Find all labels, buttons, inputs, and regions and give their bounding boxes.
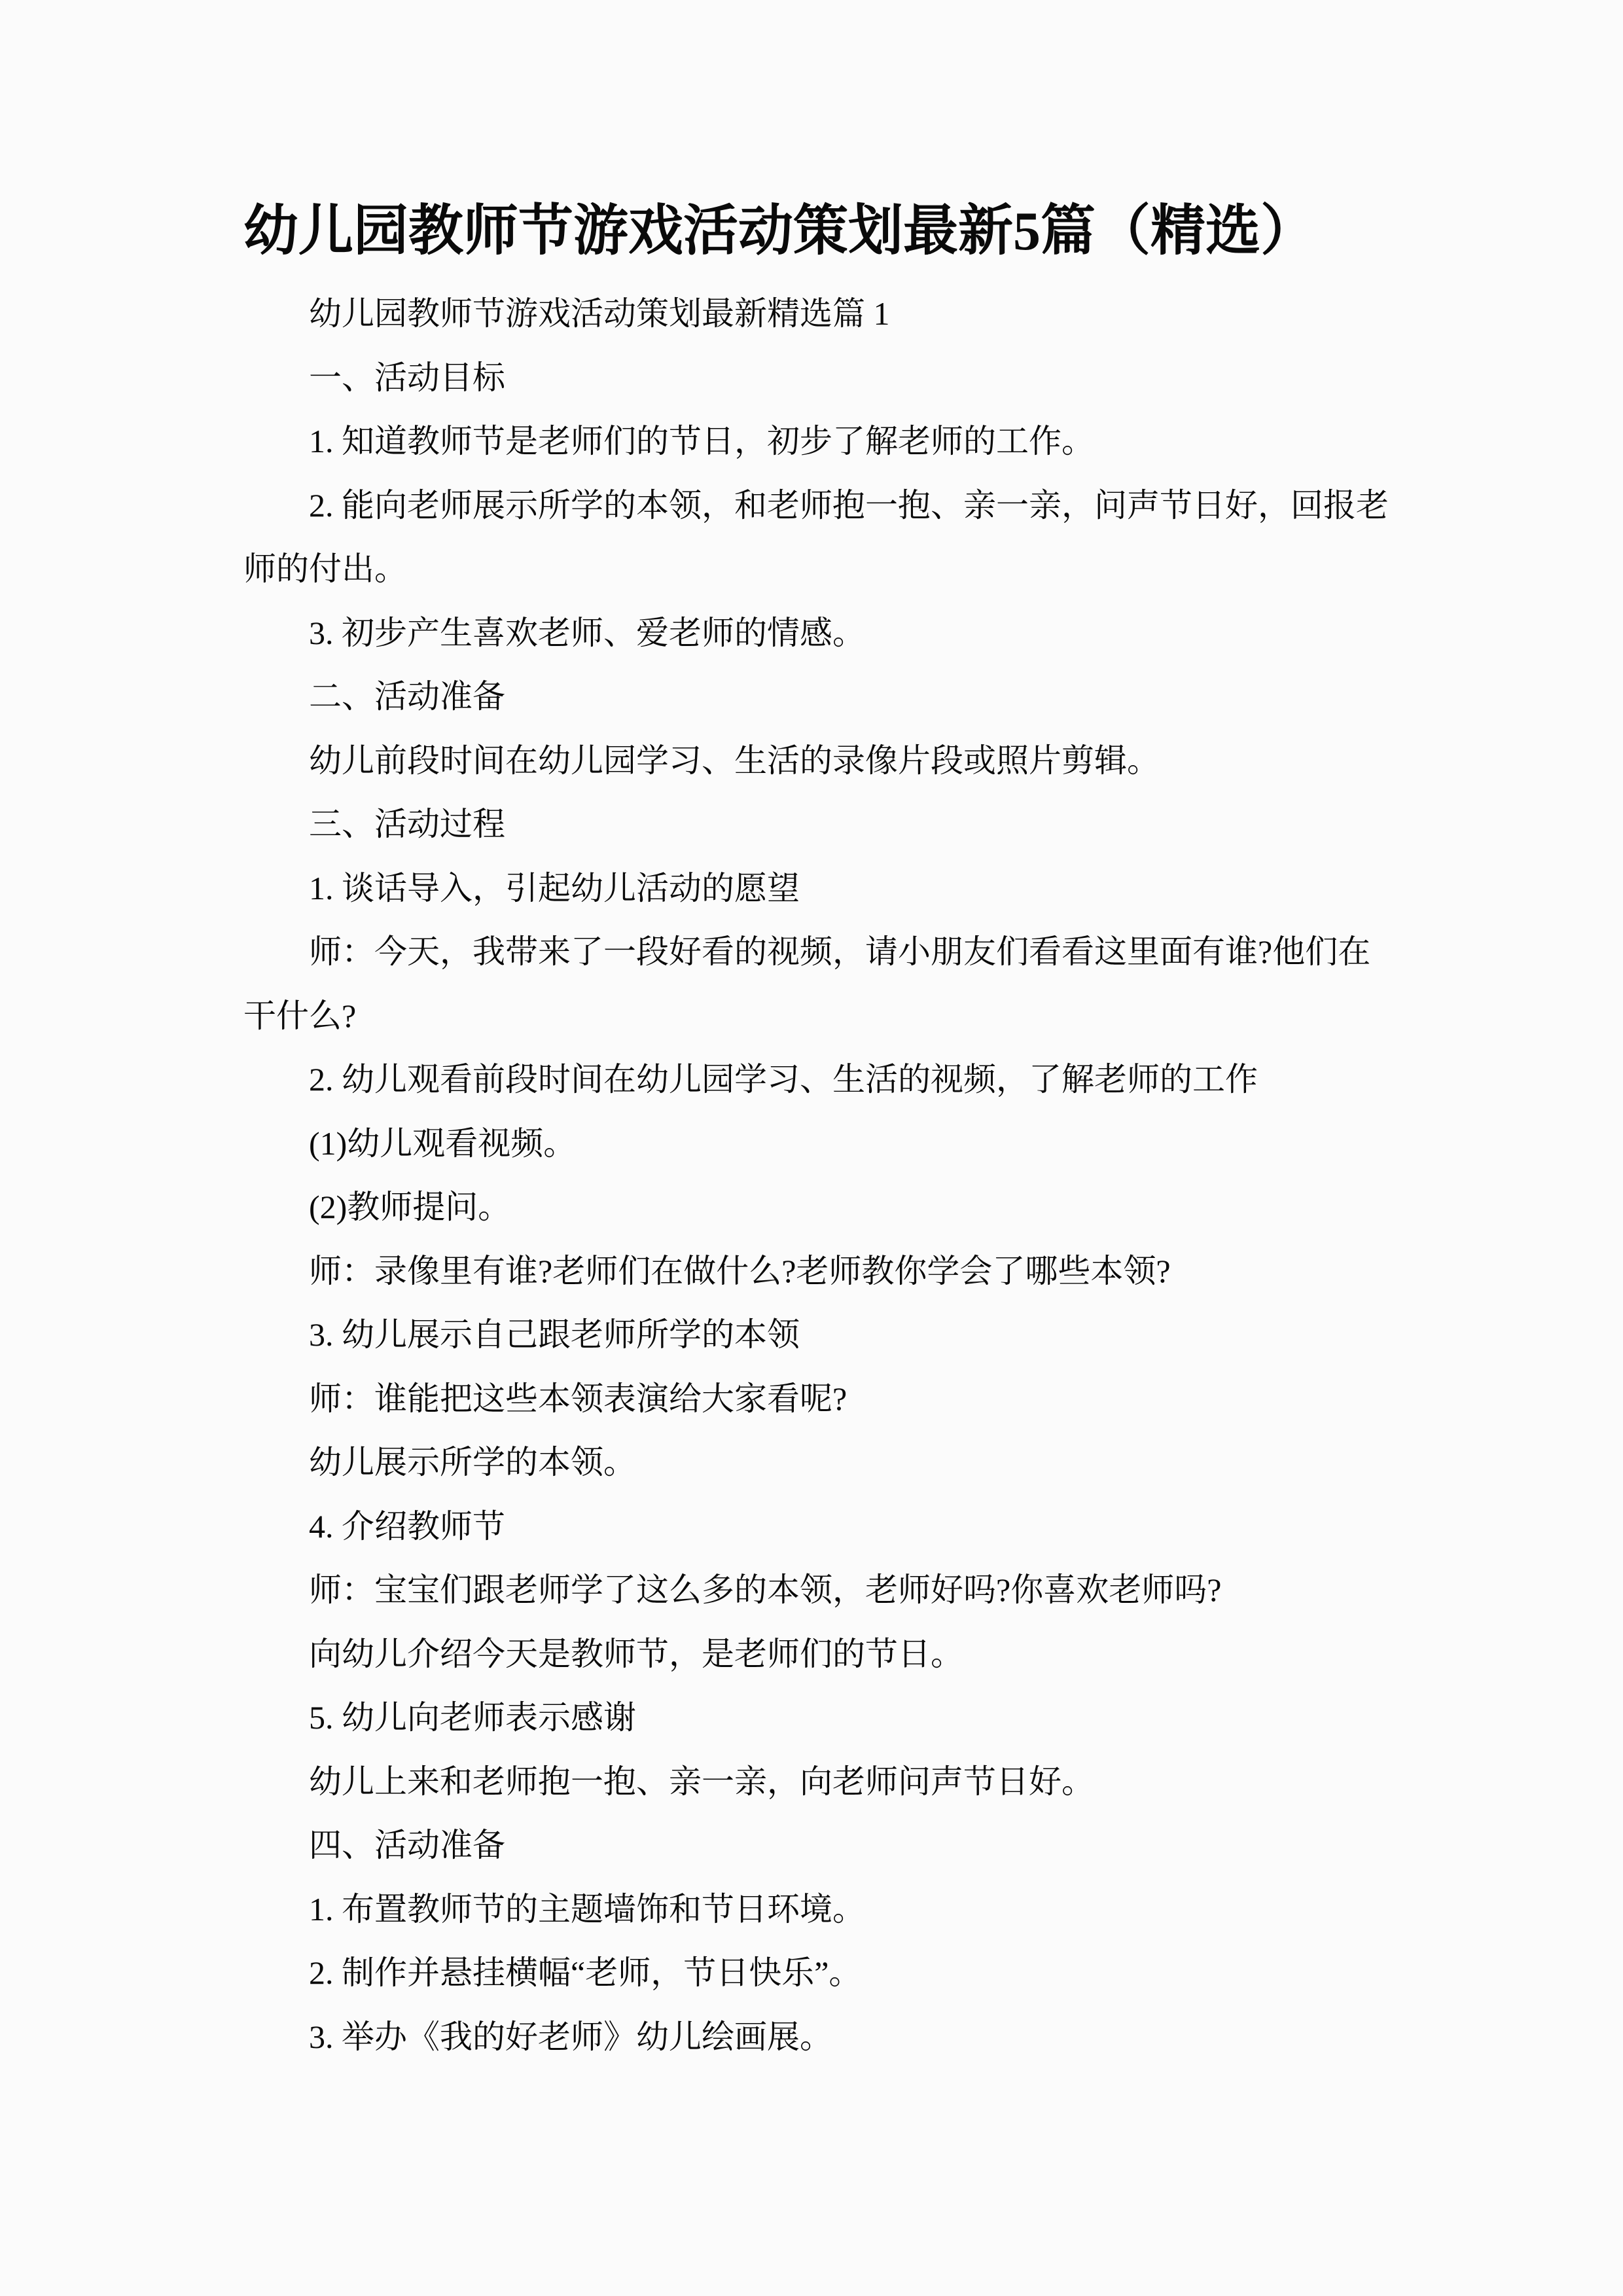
paragraph: 3. 初步产生喜欢老师、爱老师的情感。 [243,601,1387,666]
text-line: 四、活动准备 [243,1814,1387,1878]
paragraph: 2. 幼儿观看前段时间在幼儿园学习、生活的视频，了解老师的工作 [243,1048,1387,1112]
paragraph: 向幼儿介绍今天是教师节，是老师们的节日。 [243,1623,1387,1687]
paragraph: 二、活动准备 [243,665,1387,729]
text-line: 师：宝宝们跟老师学了这么多的本领，老师好吗?你喜欢老师吗? [243,1558,1387,1623]
text-line: 三、活动过程 [243,793,1387,857]
text-line: 一、活动目标 [243,346,1387,410]
paragraph: 2. 制作并悬挂横幅“老师，节日快乐”。 [243,1941,1387,2005]
text-line: (2)教师提问。 [243,1175,1387,1240]
text-line: 3. 举办《我的好老师》幼儿绘画展。 [243,2005,1387,2070]
text-line: 3. 初步产生喜欢老师、爱老师的情感。 [243,601,1387,666]
text-line: 5. 幼儿向老师表示感谢 [243,1686,1387,1750]
text-line: 幼儿园教师节游戏活动策划最新精选篇 1 [243,282,1387,346]
paragraph: 3. 举办《我的好老师》幼儿绘画展。 [243,2005,1387,2070]
paragraph: 师：谁能把这些本领表演给大家看呢? [243,1367,1387,1431]
paragraph: 师：录像里有谁?老师们在做什么?老师教你学会了哪些本领? [243,1240,1387,1304]
paragraph: 幼儿上来和老师抱一抱、亲一亲，向老师问声节日好。 [243,1750,1387,1814]
text-line: 师：谁能把这些本领表演给大家看呢? [243,1367,1387,1431]
paragraph: 幼儿展示所学的本领。 [243,1431,1387,1495]
text-line: 幼儿展示所学的本领。 [243,1431,1387,1495]
paragraph: (1)幼儿观看视频。 [243,1112,1387,1176]
paragraph: 5. 幼儿向老师表示感谢 [243,1686,1387,1750]
text-line: 2. 制作并悬挂横幅“老师，节日快乐”。 [243,1941,1387,2005]
text-line: 2. 能向老师展示所学的本领，和老师抱一抱、亲一亲，问声节日好，回报老 [243,474,1387,538]
text-line: 师的付出。 [243,537,1387,601]
paragraph: 一、活动目标 [243,346,1387,410]
text-line: 幼儿上来和老师抱一抱、亲一亲，向老师问声节日好。 [243,1750,1387,1814]
paragraph: 1. 布置教师节的主题墙饰和节日环境。 [243,1878,1387,1942]
text-line: 1. 谈话导入，引起幼儿活动的愿望 [243,857,1387,921]
document-canvas: { "page": { "background": "#fbfbfb", "te… [0,0,1623,2296]
paragraph: 1. 知道教师节是老师们的节日，初步了解老师的工作。 [243,410,1387,474]
paragraph: 2. 能向老师展示所学的本领，和老师抱一抱、亲一亲，问声节日好，回报老师的付出。 [243,474,1387,601]
text-line: 二、活动准备 [243,665,1387,729]
text-line: 向幼儿介绍今天是教师节，是老师们的节日。 [243,1623,1387,1687]
text-line: 干什么? [243,984,1387,1049]
paragraph: 4. 介绍教师节 [243,1495,1387,1559]
text-line: 1. 知道教师节是老师们的节日，初步了解老师的工作。 [243,410,1387,474]
text-line: 4. 介绍教师节 [243,1495,1387,1559]
paragraph: 幼儿前段时间在幼儿园学习、生活的录像片段或照片剪辑。 [243,729,1387,793]
text-line: 师：录像里有谁?老师们在做什么?老师教你学会了哪些本领? [243,1240,1387,1304]
text-line: (1)幼儿观看视频。 [243,1112,1387,1176]
text-line: 师：今天，我带来了一段好看的视频，请小朋友们看看这里面有谁?他们在 [243,920,1387,984]
document-page: 幼儿园教师节游戏活动策划最新5篇（精选） 幼儿园教师节游戏活动策划最新精选篇 1… [0,0,1623,2296]
paragraph: 三、活动过程 [243,793,1387,857]
paragraph: 师：今天，我带来了一段好看的视频，请小朋友们看看这里面有谁?他们在干什么? [243,920,1387,1048]
text-line: 1. 布置教师节的主题墙饰和节日环境。 [243,1878,1387,1942]
paragraph: 1. 谈话导入，引起幼儿活动的愿望 [243,857,1387,921]
document-body: 幼儿园教师节游戏活动策划最新精选篇 1一、活动目标1. 知道教师节是老师们的节日… [243,282,1387,2069]
paragraph: 3. 幼儿展示自己跟老师所学的本领 [243,1303,1387,1367]
text-line: 幼儿前段时间在幼儿园学习、生活的录像片段或照片剪辑。 [243,729,1387,793]
text-line: 3. 幼儿展示自己跟老师所学的本领 [243,1303,1387,1367]
paragraph: 四、活动准备 [243,1814,1387,1878]
paragraph: 师：宝宝们跟老师学了这么多的本领，老师好吗?你喜欢老师吗? [243,1558,1387,1623]
document-title: 幼儿园教师节游戏活动策划最新5篇（精选） [243,190,1387,274]
paragraph: 幼儿园教师节游戏活动策划最新精选篇 1 [243,282,1387,346]
paragraph: (2)教师提问。 [243,1175,1387,1240]
text-line: 2. 幼儿观看前段时间在幼儿园学习、生活的视频，了解老师的工作 [243,1048,1387,1112]
